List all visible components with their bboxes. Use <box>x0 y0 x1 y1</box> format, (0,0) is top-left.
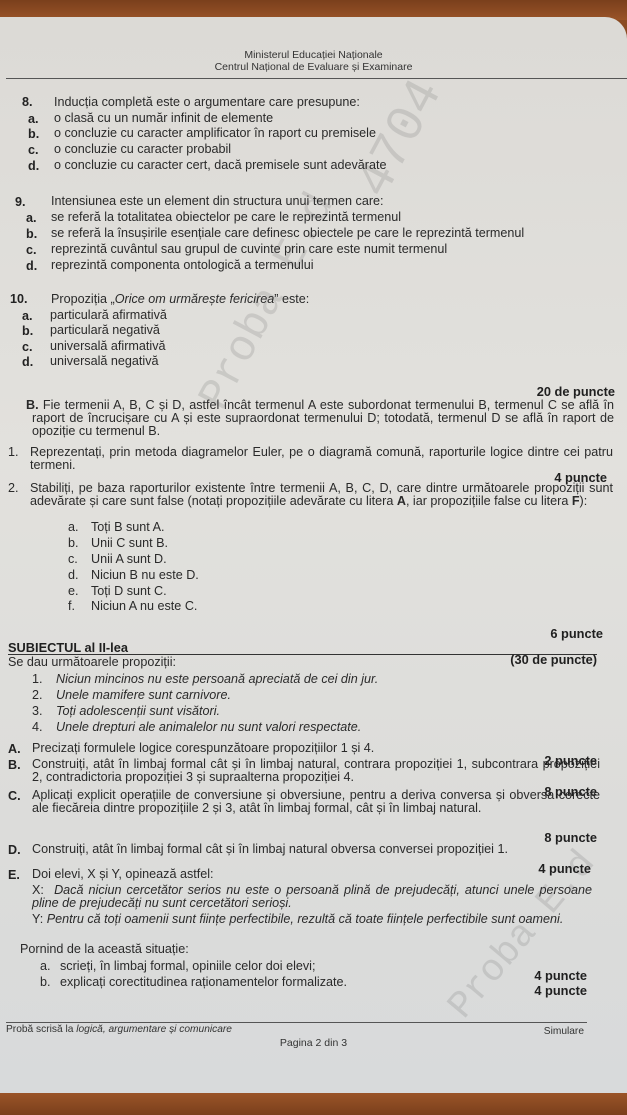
statement-d: Niciun B nu este D. <box>91 569 199 582</box>
q8-option-c-letter: c. <box>28 143 39 157</box>
task-c-letter: C. <box>8 789 21 803</box>
statement-d-letter: d. <box>68 569 79 582</box>
q9-option-c-letter: c. <box>26 243 37 257</box>
q8-option-d-letter: d. <box>28 159 39 173</box>
task-b-text: Construiți, atât în limbaj formal cât și… <box>32 758 600 784</box>
q10-option-c-letter: c. <box>22 340 33 354</box>
q8-option-d: o concluzie cu caracter cert, dacă premi… <box>54 159 387 172</box>
q8-option-b: o concluzie cu caracter amplificator în … <box>54 127 376 140</box>
q8-option-a: o clasă cu un număr infinit de elemente <box>54 112 273 125</box>
subject-2-points: (30 de puncte) <box>510 652 597 667</box>
table-surface-bottom <box>0 1093 627 1115</box>
statement-c: Unii A sunt D. <box>91 553 167 566</box>
q9-option-a-letter: a. <box>26 211 37 225</box>
statement-a: Toți B sunt A. <box>91 521 165 534</box>
q9-option-d: reprezintă componenta ontologică a terme… <box>51 259 314 272</box>
proposition-2-number: 2. <box>32 689 43 702</box>
q8-option-a-letter: a. <box>28 112 39 126</box>
task-2-number: 2. <box>8 482 19 495</box>
q9-option-b: se referă la însușirile esențiale care d… <box>51 227 524 240</box>
task-2-text: Stabiliți, pe baza raporturilor existent… <box>30 482 613 508</box>
situation-text: Pornind de la această situație: <box>20 943 189 956</box>
footer-simulation-label: Simulare <box>544 1026 584 1037</box>
ministry-name: Ministerul Educației Naționale <box>0 49 627 61</box>
subtask-a-text: scrieți, în limbaj formal, opiniile celo… <box>60 960 315 973</box>
q9-option-c: reprezintă cuvântul sau grupul de cuvint… <box>51 243 447 256</box>
subject-2-title: SUBIECTUL al II-lea <box>8 640 128 655</box>
q8-option-c: o concluzie cu caracter probabil <box>54 143 231 156</box>
proposition-1: Niciun mincinos nu este persoană aprecia… <box>56 673 378 686</box>
task-1-number: 1. <box>8 446 19 459</box>
statement-a-letter: a. <box>68 521 79 534</box>
statement-c-letter: c. <box>68 553 78 566</box>
footer-exam-name: Probă scrisă la logică, argumentare și c… <box>6 1024 232 1035</box>
subtask-a-letter: a. <box>40 960 51 973</box>
task-b-letter: B. <box>8 758 21 772</box>
proposition-3-number: 3. <box>32 705 43 718</box>
subtask-a-points: 4 puncte <box>534 968 587 983</box>
q10-option-b-letter: b. <box>22 324 33 338</box>
proposition-1-number: 1. <box>32 673 43 686</box>
proposition-4: Unele drepturi ale animalelor nu sunt va… <box>56 721 361 734</box>
statement-f-letter: f. <box>68 600 75 613</box>
question-9-number: 9. <box>15 195 26 209</box>
q9-option-a: se referă la totalitatea obiectelor pe c… <box>51 211 401 224</box>
subtask-b-points: 4 puncte <box>534 983 587 998</box>
task-d-text: Construiți, atât în limbaj formal cât și… <box>32 843 508 856</box>
task-2-points: 6 puncte <box>550 626 603 641</box>
q10-option-d: universală negativă <box>50 355 159 368</box>
question-8-text: Inducția completă este o argumentare car… <box>54 96 360 109</box>
task-e-letter: E. <box>8 868 20 882</box>
statement-e: Toți D sunt C. <box>91 585 167 598</box>
q10-option-c: universală afirmativă <box>50 340 166 353</box>
task-c-text: Aplicați explicit operațiile de conversi… <box>32 789 600 815</box>
subtask-b-text: explicați corectitudinea raționamentelor… <box>60 976 347 989</box>
task-d-letter: D. <box>8 843 21 857</box>
proposition-3: Toți adolescenții sunt visători. <box>56 705 220 718</box>
q9-option-d-letter: d. <box>26 259 37 273</box>
task-e-intro: Doi elevi, X și Y, opinează astfel: <box>32 868 214 881</box>
proposition-4-number: 4. <box>32 721 43 734</box>
proposition-2: Unele mamifere sunt carnivore. <box>56 689 231 702</box>
question-8-number: 8. <box>22 95 33 109</box>
footer-divider <box>6 1022 587 1023</box>
q10-option-a: particulară afirmativă <box>50 309 167 322</box>
section-b-intro: B. Fie termenii A, B, C și D, astfel înc… <box>32 399 614 439</box>
student-x-opinion: X: Dacă niciun cercetător serios nu este… <box>32 884 592 910</box>
q10-option-d-letter: d. <box>22 355 33 369</box>
task-d-points: 4 puncte <box>538 861 591 876</box>
task-c-points: 8 puncte <box>544 830 597 845</box>
statement-b-letter: b. <box>68 537 79 550</box>
subtask-b-letter: b. <box>40 976 51 989</box>
page-number: Pagina 2 din 3 <box>0 1037 627 1049</box>
task-a-letter: A. <box>8 742 21 756</box>
student-y-opinion: Y: Pentru că toți oamenii sunt ființe pe… <box>32 913 592 926</box>
question-10-text: Propoziția „Orice om urmărește fericirea… <box>51 293 309 306</box>
question-9-text: Intensiunea este un element din structur… <box>51 195 384 208</box>
q10-option-b: particulară negativă <box>50 324 160 337</box>
statement-f: Niciun A nu este C. <box>91 600 197 613</box>
question-10-number: 10. <box>10 292 28 306</box>
q8-option-b-letter: b. <box>28 127 39 141</box>
q10-option-a-letter: a. <box>22 309 33 323</box>
task-a-text: Precizați formulele logice corespunzătoa… <box>32 742 374 755</box>
center-name: Centrul Național de Evaluare și Examinar… <box>0 61 627 73</box>
header-divider <box>6 78 627 79</box>
document-header: Ministerul Educației Naționale Centrul N… <box>0 49 627 73</box>
quoted-proposition: Orice om urmărește fericirea <box>115 292 275 306</box>
statement-e-letter: e. <box>68 585 79 598</box>
subject-2-intro: Se dau următoarele propoziții: <box>8 656 176 669</box>
section-a-points: 20 de puncte <box>537 384 615 399</box>
task-1-text: Reprezentați, prin metoda diagramelor Eu… <box>30 446 613 472</box>
statement-b: Unii C sunt B. <box>91 537 168 550</box>
q9-option-b-letter: b. <box>26 227 37 241</box>
